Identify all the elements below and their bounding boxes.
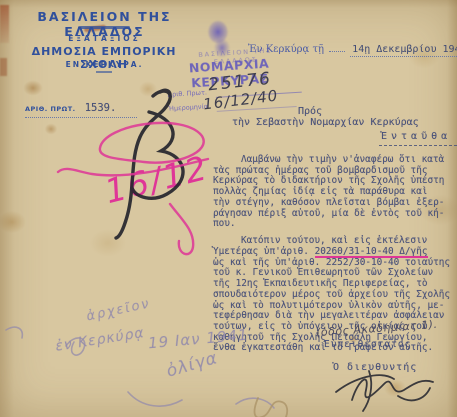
dateline-typed-date: 14ῃ Δεκεμβρίου 1940. (350, 44, 457, 57)
pencil-scribble: ἀρχεῖον (85, 296, 152, 324)
letterhead-ornament (78, 26, 130, 29)
director-signature (336, 371, 433, 411)
body-line: που. (213, 219, 457, 230)
pencil-scribble: ὀλίγα (164, 348, 220, 382)
pink-crayon-date: 16/12 (101, 148, 212, 211)
left-edge-stain-2 (0, 58, 7, 76)
dateline-dots (329, 42, 345, 52)
body-line-prefix: Ὑμετέρας ὑπ'ἀριθ. (213, 246, 315, 257)
letterhead-ornament-2 (96, 71, 112, 73)
tan-pencil-curve (255, 398, 288, 417)
recipient-to: Πρός (298, 106, 322, 117)
recipient-here: Ἐνταῦθα (381, 131, 451, 142)
letterhead-school-type: ΕΞΑΤΑΞΙΟΣ (22, 34, 187, 43)
protocol-number: 1539. (85, 102, 117, 114)
body-line: σπουδαιότερον μέρος τοῦ ἀρχείου τῆς Σχολ… (213, 290, 457, 301)
left-edge-stain (0, 5, 9, 43)
closing-salutation: Εὐπειθέστατος (324, 339, 411, 350)
protocol-label: ΑΡΙΘ. ΠΡΩΤ. (25, 105, 76, 113)
pencil-scribble: ἐν Κερκύρᾳ (54, 325, 145, 355)
body-line: ράγησαν πέριξ αὐτοῦ, μία δὲ ἐντὸς τοῦ κή… (213, 209, 457, 220)
body-paragraph-1: Λαμβάνω τὴν τιμὴν ν'ἀναφέρω ὅτι κατὰ τὰς… (213, 155, 457, 230)
body-line: τὴν στέγην, καθόσον πλεῖσται βόμβαι ἐξερ… (213, 198, 457, 209)
stamp-protocol-label: Ἀριθ. Πρωτ. (167, 88, 207, 98)
recipient-name: τὴν Σεβαστὴν Νομαρχίαν Κερκύρας (232, 117, 419, 128)
recipient-here-underline (379, 145, 457, 146)
signer-title: Ὁ διευθυντής (333, 362, 417, 373)
scanned-letter-page: ΒΑΣΙΛΕΙΟΝ ΤΗΣ ΕΛΛΑΔΟΣ ΕΞΑΤΑΞΙΟΣ ΔΗΜΟΣΙΑ … (0, 0, 457, 417)
protocol-number-line: ΑΡΙΘ. ΠΡΩΤ. 1539. (25, 96, 137, 118)
